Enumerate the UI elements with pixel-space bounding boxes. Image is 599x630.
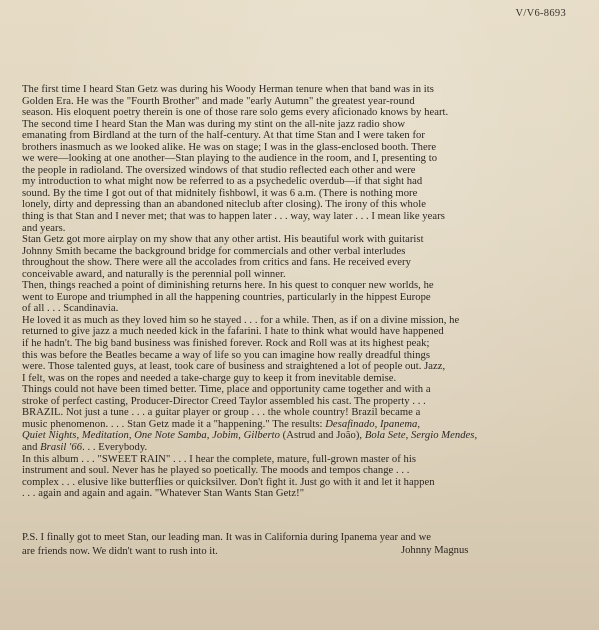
postscript-line: are friends now. We didn't want to rush … [22, 545, 567, 559]
liner-notes-line: we were—looking at one another—Stan play… [22, 153, 567, 165]
liner-notes-line: brothers inasmuch as we looked alike. He… [22, 142, 567, 154]
liner-notes: The first time I heard Stan Getz was dur… [22, 84, 567, 500]
liner-notes-line: music phenomenon. . . . Stan Getz made i… [22, 419, 567, 431]
liner-notes-line: returned to give jazz a much needed kick… [22, 326, 567, 338]
artist-aside: (Astrud and João), [280, 430, 365, 441]
text-and: and [22, 442, 40, 453]
song-titles: Desafinado, Ipanema, [325, 419, 420, 430]
catalog-number: V/V6-8693 [515, 8, 566, 19]
liner-notes-line: . . . again and again and again. "Whatev… [22, 488, 567, 500]
liner-notes-line: The first time I heard Stan Getz was dur… [22, 84, 567, 96]
artist-names: Bola Sete, Sergio Mendes, [365, 430, 477, 441]
postscript: P.S. I finally got to meet Stan, our lea… [22, 531, 567, 558]
liner-notes-line: BRAZIL. Not just a tune . . . a guitar p… [22, 407, 567, 419]
liner-notes-body: The first time I heard Stan Getz was dur… [22, 84, 567, 419]
liner-notes-line: sound. By the time I got out of that mid… [22, 188, 567, 200]
author-signature: Johnny Magnus [401, 544, 468, 558]
liner-notes-line: Then, things reached a point of diminish… [22, 280, 567, 292]
postscript-line: P.S. I finally got to meet Stan, our lea… [22, 531, 567, 545]
liner-notes-line: of all . . . Scandinavia. [22, 303, 567, 315]
liner-notes-line: Stan Getz got more airplay on my show th… [22, 234, 567, 246]
liner-notes-closing: In this album . . . "SWEET RAIN" . . . I… [22, 454, 567, 500]
liner-notes-line: Quiet Nights, Meditation, One Note Samba… [22, 430, 567, 442]
results-prefix: music phenomenon. . . . Stan Getz made i… [22, 419, 325, 430]
liner-notes-line: The second time I heard Stan the Man was… [22, 119, 567, 131]
liner-notes-line: throughout the show. There were all the … [22, 257, 567, 269]
liner-notes-line: conceivable award, and naturally is the … [22, 269, 567, 281]
liner-notes-line: and years. [22, 223, 567, 235]
song-titles: Quiet Nights, Meditation, One Note Samba… [22, 430, 280, 441]
liner-notes-line: emanating from Birdland at the turn of t… [22, 130, 567, 142]
liner-notes-line: In this album . . . "SWEET RAIN" . . . I… [22, 454, 567, 466]
liner-notes-line: thing is that Stan and I never met; that… [22, 211, 567, 223]
liner-notes-line: stroke of perfect casting, Producer-Dire… [22, 396, 567, 408]
liner-notes-line: Johnny Smith became the background bridg… [22, 246, 567, 258]
liner-notes-line: Things could not have been timed better.… [22, 384, 567, 396]
group-name: Brasil '66 [40, 442, 82, 453]
liner-notes-line: instrument and soul. Never has he played… [22, 465, 567, 477]
text-everybody: . . . Everybody. [82, 442, 147, 453]
liner-notes-line: went to Europe and triumphed in all the … [22, 292, 567, 304]
liner-notes-line: I felt, was on the ropes and needed a ta… [22, 373, 567, 385]
liner-notes-line: the people in radioland. The oversized w… [22, 165, 567, 177]
liner-notes-line: my introduction to what might now be ref… [22, 176, 567, 188]
liner-notes-line: were. Those talented guys, at least, too… [22, 361, 567, 373]
liner-notes-line: He loved it as much as they loved him so… [22, 315, 567, 327]
liner-notes-line: and Brasil '66. . . Everybody. [22, 442, 567, 454]
liner-notes-line: season. His eloquent poetry therein is o… [22, 107, 567, 119]
liner-notes-line: Golden Era. He was the "Fourth Brother" … [22, 96, 567, 108]
liner-notes-line: lonely, dirty and depressing than an aba… [22, 199, 567, 211]
liner-notes-line: if he hadn't. The big band business was … [22, 338, 567, 350]
liner-notes-line: complex . . . elusive like butterflies o… [22, 477, 567, 489]
liner-notes-line: this was before the Beatles became a way… [22, 350, 567, 362]
